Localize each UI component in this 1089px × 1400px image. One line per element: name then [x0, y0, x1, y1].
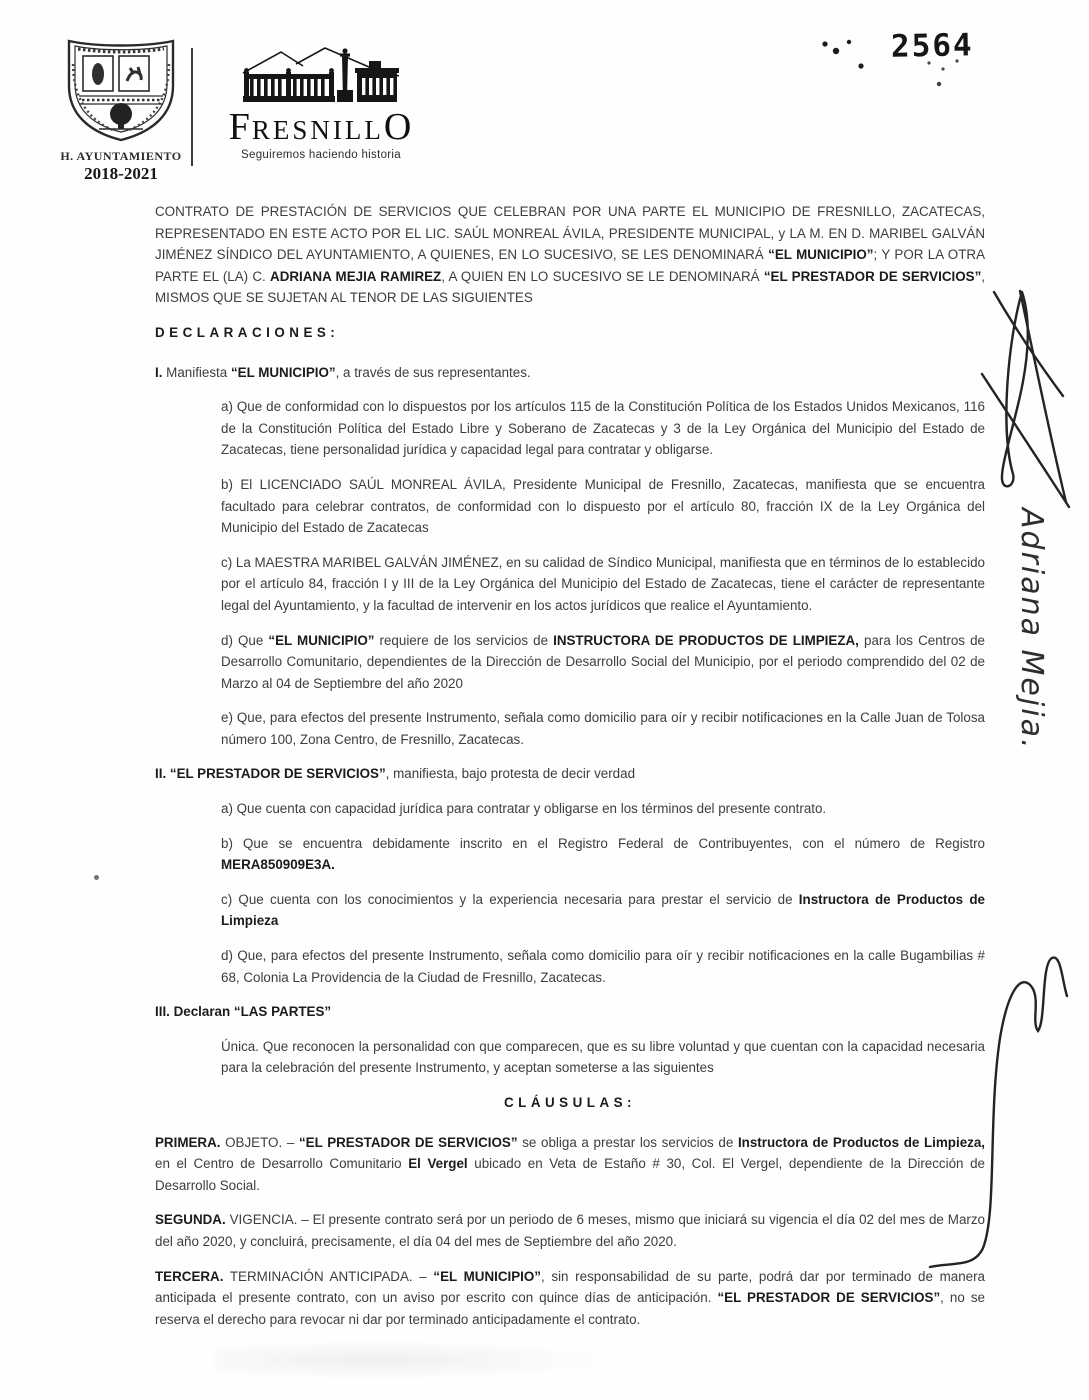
seal-caption: H. AYUNTAMIENTO [55, 149, 187, 164]
coat-of-arms-icon [57, 34, 185, 146]
decl-ii-b: b) Que se encuentra debidamente inscrito… [155, 833, 985, 876]
clausula-primera: PRIMERA. OBJETO. – “EL PRESTADOR DE SERV… [155, 1132, 985, 1197]
handwritten-signature-name: Adriana Mejia. [1014, 508, 1049, 750]
folio-number-stamp: 2564 [891, 27, 974, 64]
decl-iii-unica: Única. Que reconocen la personalidad con… [155, 1036, 985, 1079]
monument-icon [241, 46, 401, 106]
seal-years: 2018-2021 [55, 164, 187, 184]
decl-iii: III. Declaran “LAS PARTES” [155, 1001, 985, 1023]
municipal-seal: H. AYUNTAMIENTO 2018-2021 [55, 34, 187, 184]
brand-text: FRESNILLO [212, 108, 430, 146]
signature-flourish [982, 291, 1069, 507]
decl-ii-a: a) Que cuenta con capacidad jurídica par… [155, 798, 985, 820]
heading-declaraciones: DECLARACIONES: [155, 322, 985, 344]
fresnillo-logo: FRESNILLO Seguiremos haciendo historia [212, 46, 430, 161]
scanned-contract-page: H. AYUNTAMIENTO 2018-2021 [0, 0, 1089, 1400]
clausula-tercera: TERCERA. TERMINACIÓN ANTICIPADA. – “EL M… [155, 1266, 985, 1331]
brand-tagline: Seguiremos haciendo historia [212, 149, 430, 161]
decl-i-d: d) Que “EL MUNICIPIO” requiere de los se… [155, 630, 985, 695]
intro-paragraph: CONTRATO DE PRESTACIÓN DE SERVICIOS QUE … [155, 201, 985, 309]
decl-i-e: e) Que, para efectos del presente Instru… [155, 707, 985, 750]
decl-ii-d: d) Que, para efectos del presente Instru… [155, 945, 985, 988]
decl-i-a: a) Que de conformidad con lo dispuestos … [155, 396, 985, 461]
decl-i-b: b) El LICENCIADO SAÚL MONREAL ÁVILA, Pre… [155, 474, 985, 539]
decl-ii-c: c) Que cuenta con los conocimientos y la… [155, 889, 985, 932]
document-body: CONTRATO DE PRESTACIÓN DE SERVICIOS QUE … [155, 201, 985, 1343]
margin-speck [94, 875, 99, 880]
decl-ii: II. “EL PRESTADOR DE SERVICIOS”, manifie… [155, 763, 985, 785]
header-divider [191, 48, 193, 166]
scan-smudge [215, 1340, 615, 1380]
decl-i-c: c) La MAESTRA MARIBEL GALVÁN JIMÉNEZ, en… [155, 552, 985, 617]
clausula-segunda: SEGUNDA. VIGENCIA. – El presente contrat… [155, 1209, 985, 1252]
heading-clausulas: CLÁUSULAS: [155, 1092, 985, 1114]
decl-i: I. Manifiesta “EL MUNICIPIO”, a través d… [155, 362, 985, 384]
